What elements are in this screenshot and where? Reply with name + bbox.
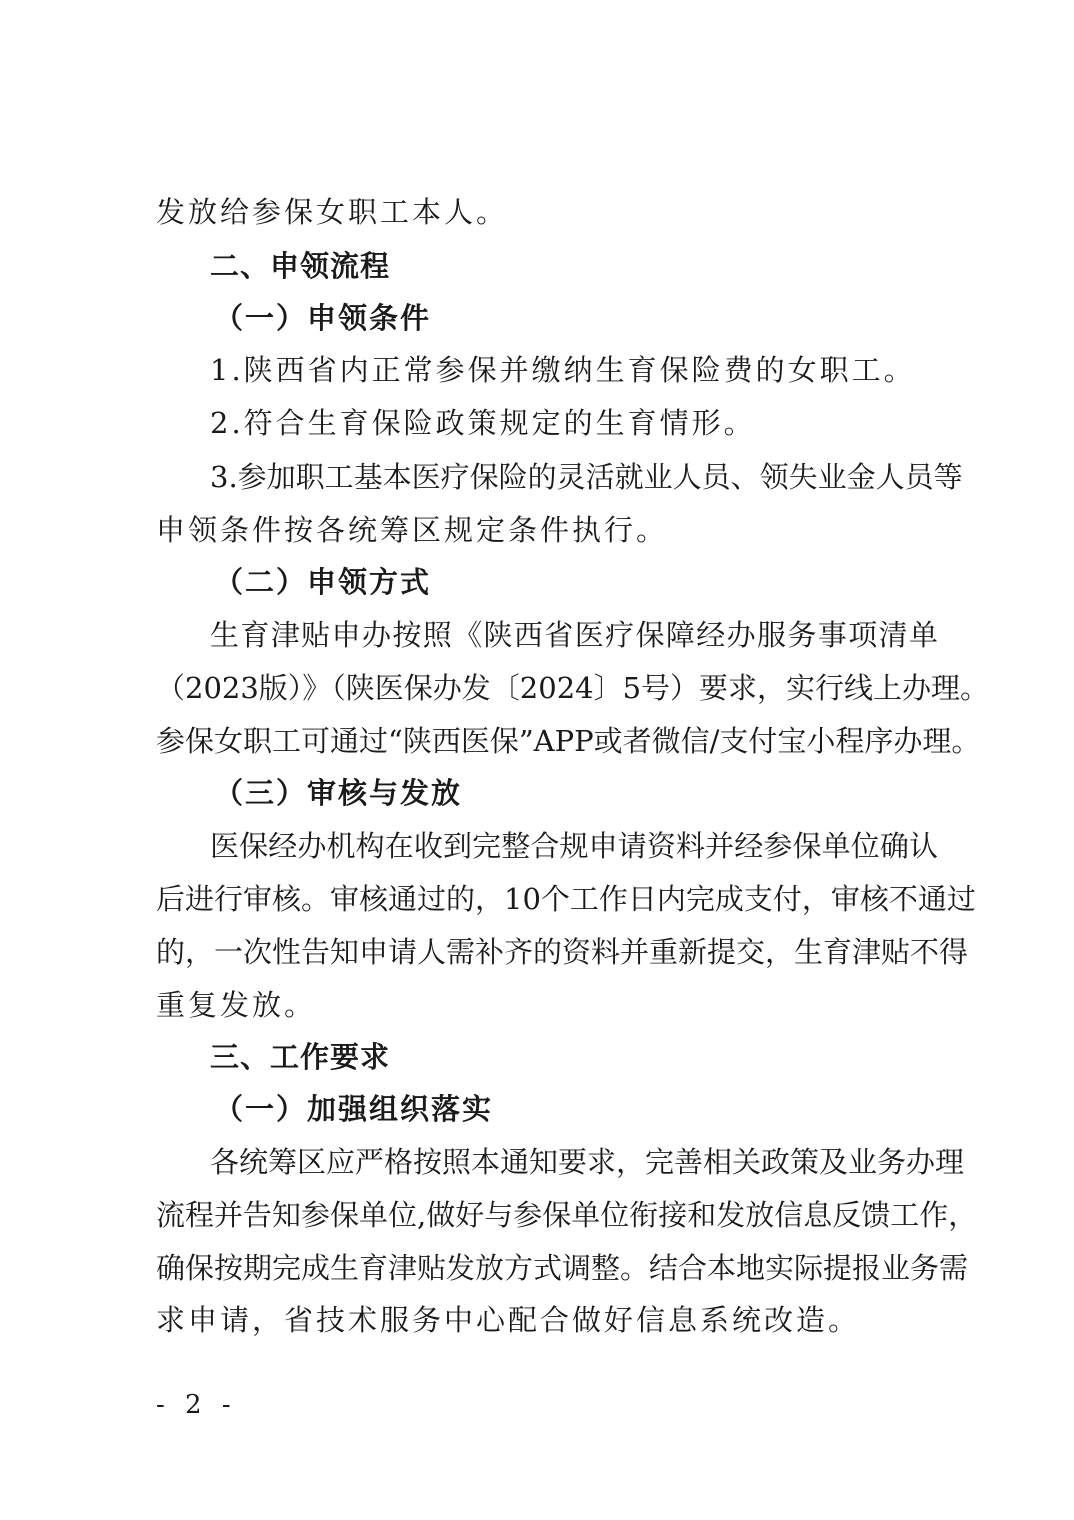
section-heading: 三、工作要求 [210,1037,390,1077]
body-line: 申领条件按各统筹区规定条件执行。 [156,510,668,550]
document-page: 发放给参保女职工本人。 二、申领流程 （一）申领条件 1.陕西省内正常参保并缴纳… [0,0,1074,1520]
section-heading: 二、申领流程 [210,246,390,286]
body-line: 发放给参保女职工本人。 [156,192,508,232]
body-line: 参保女职工可通过“陕西医保”APP或者微信/支付宝小程序办理。 [156,721,938,761]
body-line: 生育津贴申办按照《陕西省医疗保障经办服务事项清单 [210,615,938,655]
body-line: （2023版）》（陕医保办发〔2024〕5号）要求，实行线上办理。 [156,668,938,708]
list-item: 3.参加职工基本医疗保险的灵活就业人员、领失业金人员等 [210,457,938,497]
subsection-heading: （一）加强组织落实 [214,1089,493,1129]
body-line: 流程并告知参保单位,做好与参保单位衔接和发放信息反馈工作， [156,1195,938,1235]
page-number: - 2 - [156,1390,237,1420]
body-line: 各统筹区应严格按照本通知要求，完善相关政策及业务办理 [210,1142,938,1182]
body-line: 的，一次性告知申请人需补齐的资料并重新提交，生育津贴不得 [156,932,938,972]
subsection-heading: （一）申领条件 [214,298,431,338]
body-line: 后进行审核。审核通过的，10个工作日内完成支付，审核不通过 [156,879,938,919]
subsection-heading: （二）申领方式 [214,562,431,602]
list-item: 2.符合生育保险政策规定的生育情形。 [210,403,756,443]
list-item: 1.陕西省内正常参保并缴纳生育保险费的女职工。 [210,350,916,390]
body-line: 求申请，省技术服务中心配合做好信息系统改造。 [156,1300,860,1340]
body-line: 重复发放。 [156,985,316,1025]
body-line: 确保按期完成生育津贴发放方式调整。结合本地实际提报业务需 [156,1248,938,1288]
body-line: 医保经办机构在收到完整合规申请资料并经参保单位确认 [210,826,938,866]
subsection-heading: （三）审核与发放 [214,773,462,813]
